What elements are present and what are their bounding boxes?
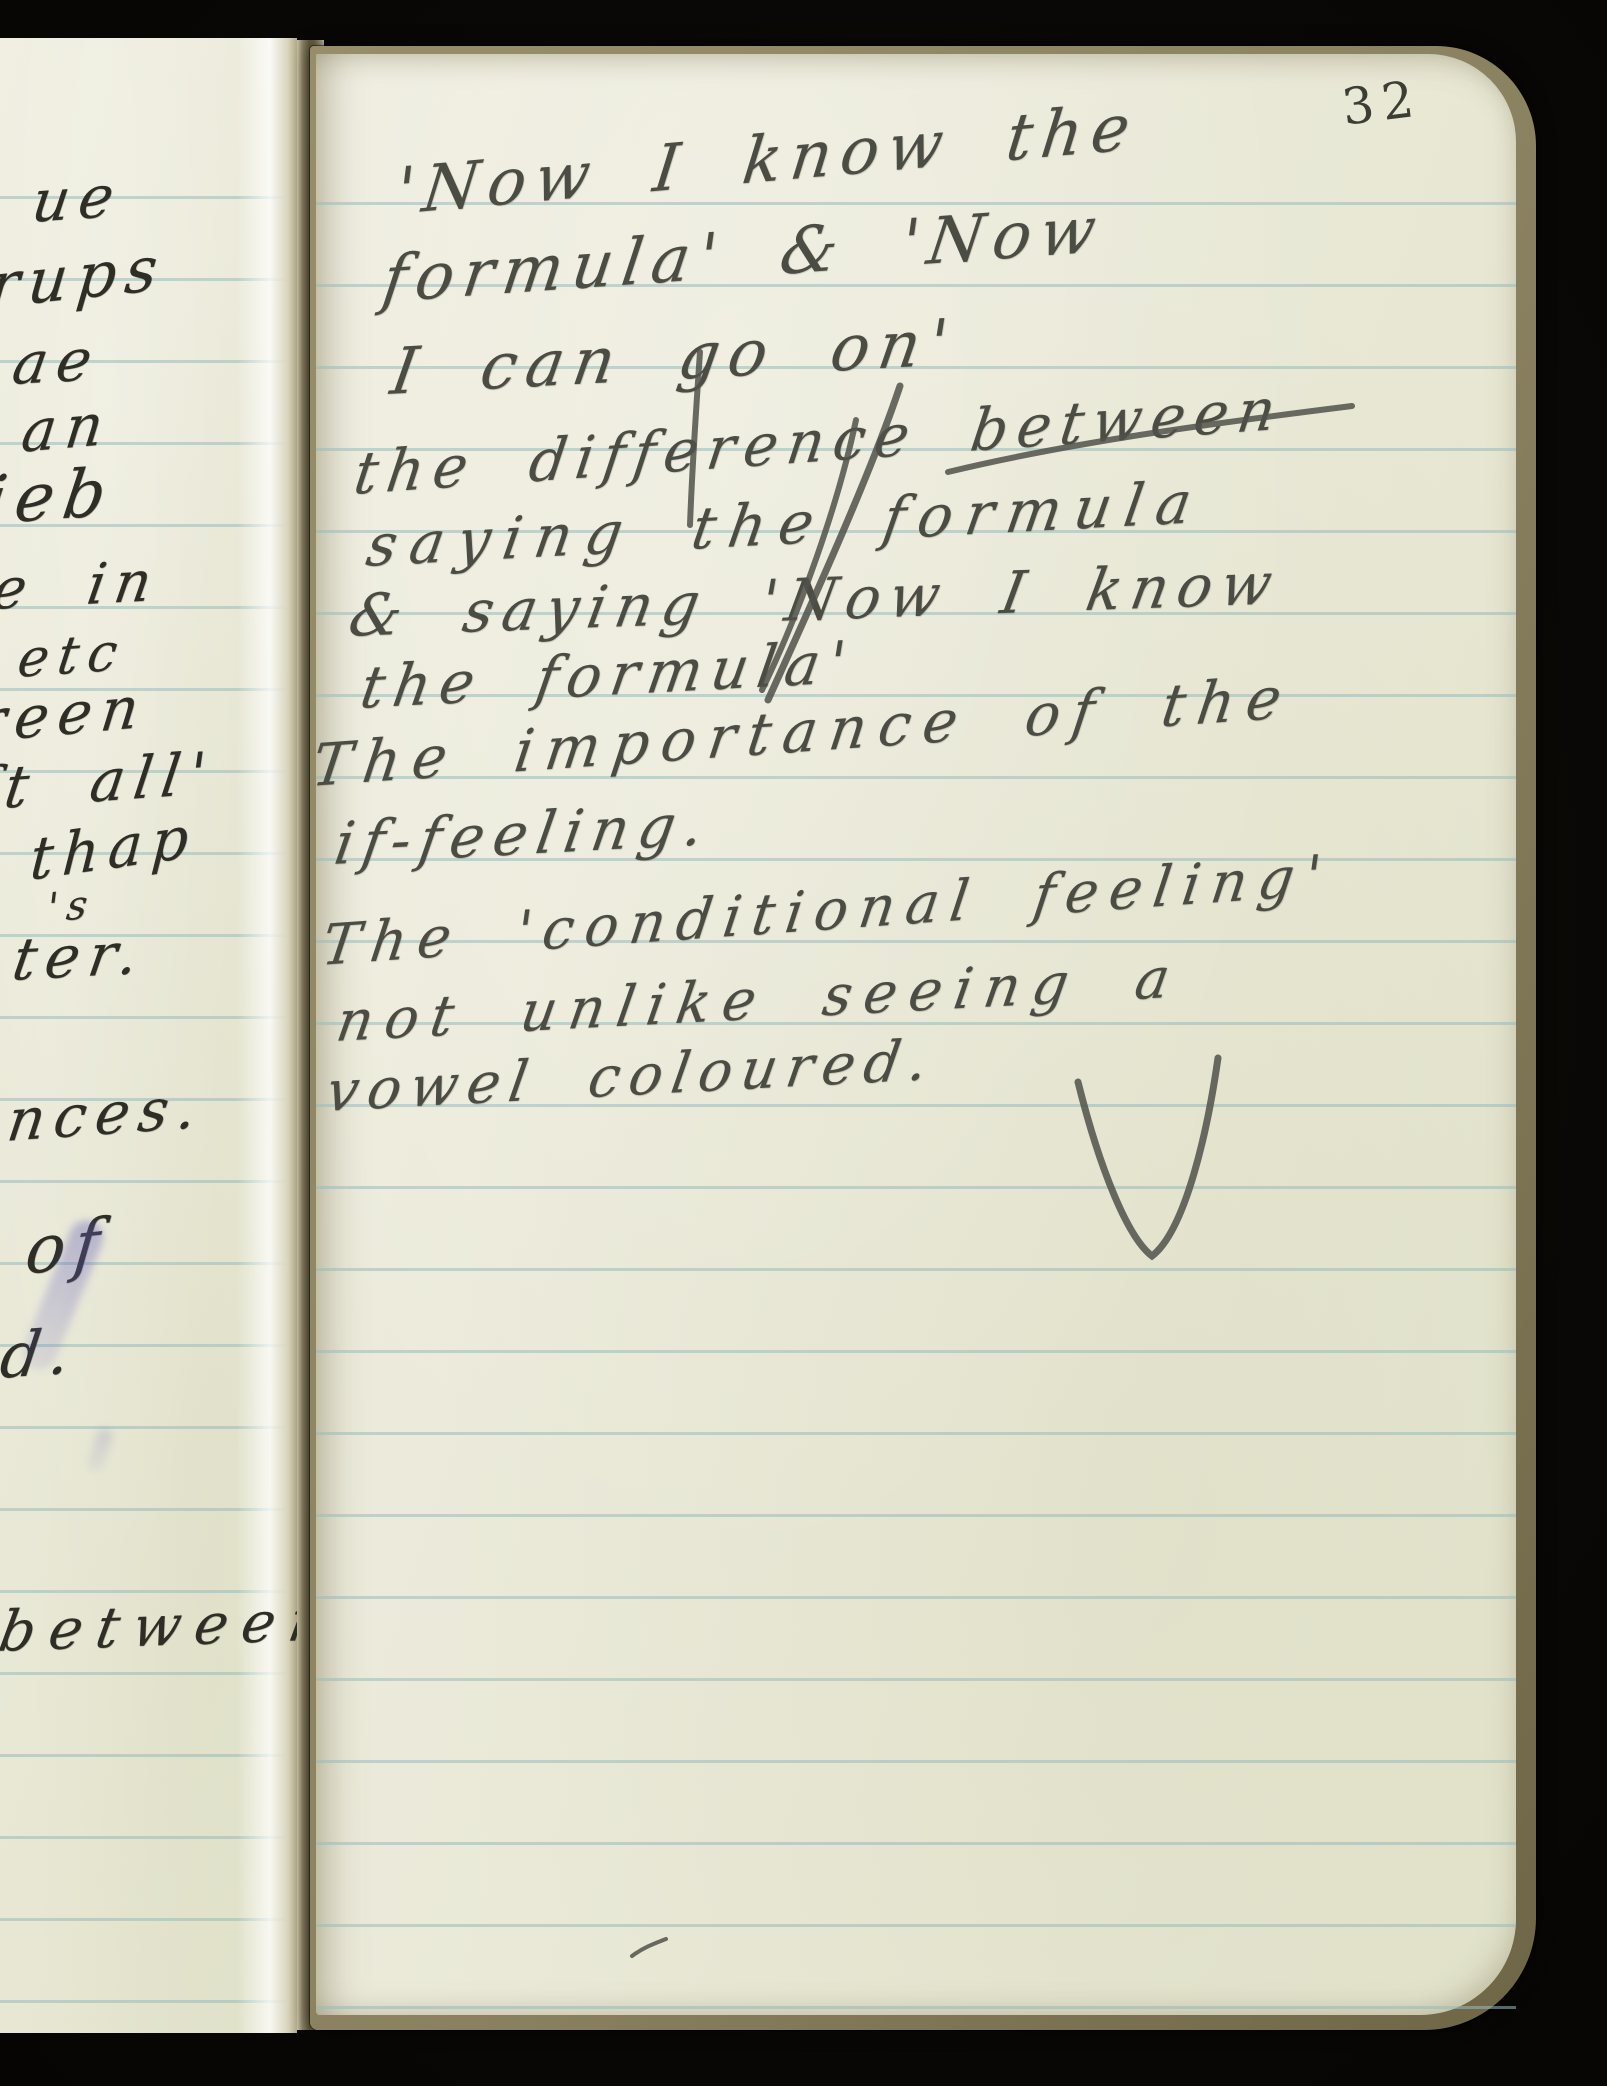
left-page-fragment: ae — [8, 325, 106, 398]
left-page-fragment: ue — [28, 161, 127, 236]
left-page-curl-highlight — [237, 38, 297, 2033]
left-page-fragment: ieb — [0, 453, 120, 540]
left-page-fragment: e in — [0, 549, 165, 623]
photo-backdrop: ue rups ae an ieb e in etc reen ft all' … — [0, 0, 1607, 2086]
left-page: ue rups ae an ieb e in etc reen ft all' … — [0, 38, 297, 2033]
page-number: 32 — [1339, 69, 1425, 136]
left-page-fragment: between — [0, 1588, 297, 1665]
left-page-fragment: ter. — [8, 918, 152, 994]
